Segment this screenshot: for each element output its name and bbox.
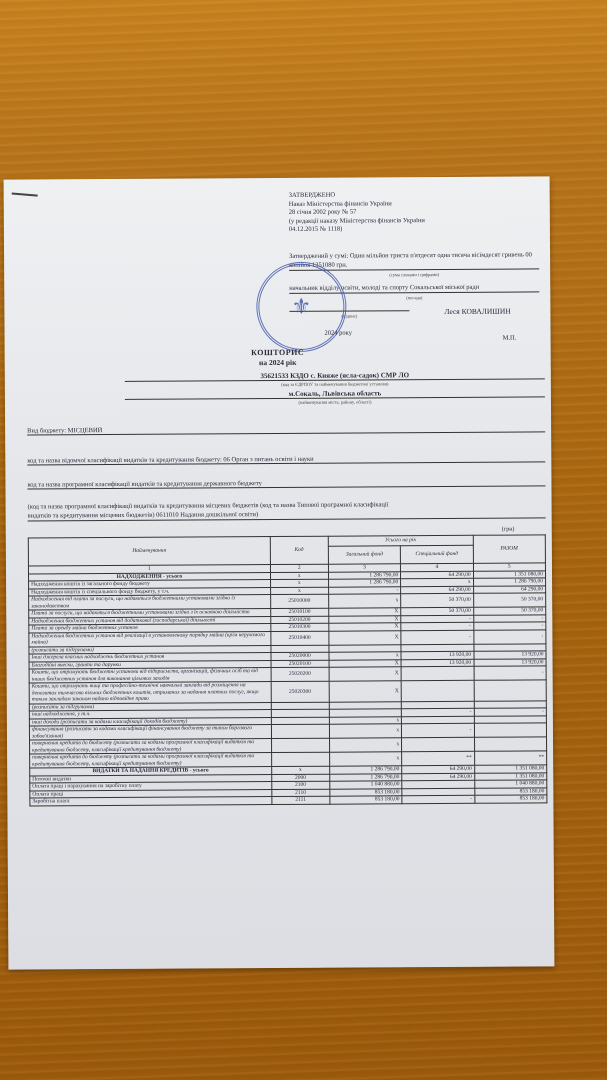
cell-total <box>474 723 547 737</box>
header-name: Найменування <box>28 537 270 566</box>
cell-code <box>271 738 329 752</box>
cell-special <box>401 680 474 701</box>
currency-unit: (грн) <box>502 527 515 533</box>
cell-general: Х <box>329 681 402 702</box>
cell-general: 853 180,00 <box>330 796 402 804</box>
cell-code <box>271 752 329 766</box>
cell-name: Надходження від плати за послуги, що над… <box>29 595 271 610</box>
cell-name: повернення кредитів до бюджету (розписат… <box>30 753 272 768</box>
cell-special <box>402 737 474 751</box>
cell-total: ** <box>474 751 547 765</box>
approved-amount: Затверджений у сумі: Один мільйон триста… <box>289 250 539 271</box>
cell-special: - <box>401 630 473 644</box>
cell-special: 50 370,00 <box>401 593 473 607</box>
cell-total <box>474 680 547 701</box>
cell-name: Надходження бюджетних установ від реаліз… <box>29 631 271 646</box>
budget-table: Найменування Код Усього на рік РАЗОМ Заг… <box>28 534 548 806</box>
cell-total: 50 370,00 <box>473 593 546 607</box>
cell-code: 25010000 <box>270 594 328 608</box>
cell-code: 2111 <box>272 796 330 804</box>
approval-date: 2024 року <box>325 330 352 337</box>
cell-name: Кошти, що отримують вищі та професійно-т… <box>29 682 271 704</box>
cell-general: Х <box>329 667 401 681</box>
cell-name: повернення кредитів до бюджету (розписат… <box>30 739 272 754</box>
cell-general: х <box>329 738 401 752</box>
cell-general: х <box>329 724 401 738</box>
cell-code: 25020300 <box>271 681 329 702</box>
stamp-place: М.П. <box>503 335 517 342</box>
cell-special: - <box>402 795 474 803</box>
header-code: Код <box>270 536 328 564</box>
state-program-classification: код та назва програмної класифікації вид… <box>27 478 545 489</box>
approval-header: ЗАТВЕРДЖЕНО Наказ Міністерства фінансів … <box>289 190 539 234</box>
cell-name: Кошти, що отримують бюджетні установи ві… <box>29 668 271 683</box>
cell-name: Заробітна плата <box>30 797 272 806</box>
cell-special: ** <box>402 751 474 765</box>
cell-total <box>474 737 547 751</box>
cell-general: х <box>329 752 401 766</box>
cell-total: 853 180,00 <box>474 795 546 803</box>
department-classification: код та назва відомчої класифікації видат… <box>27 454 545 465</box>
cell-code: 25020200 <box>271 667 329 681</box>
staple <box>12 192 38 196</box>
signer-name: Леся КОВАЛИШИН <box>444 307 510 316</box>
cell-total: - <box>473 629 546 643</box>
trident-emblem: ⚜ <box>291 294 311 320</box>
cell-special: - <box>402 723 474 737</box>
cell-name: фінансування (розписати за кодами класиф… <box>29 725 271 740</box>
header-total: РАЗОМ <box>473 535 546 563</box>
cell-general: Х <box>329 630 401 644</box>
approval-line: 04.12.2015 № 1118) <box>289 224 539 234</box>
header-special-fund: Спеціальний фонд <box>401 545 473 563</box>
header-general-fund: Загальний фонд <box>328 546 400 564</box>
document-year: на 2024 рік <box>5 356 551 368</box>
budget-estimate-document: ЗАТВЕРДЖЕНО Наказ Міністерства фінансів … <box>4 176 555 969</box>
local-program-classification: (код та назва програмної класифікації ви… <box>28 500 546 521</box>
cell-code: 25010400 <box>271 631 329 645</box>
cell-special <box>401 666 473 680</box>
budget-type: Вид бюджету: МІСЦЕВИЙ <box>27 424 545 435</box>
cell-total: - <box>474 666 547 680</box>
official-stamp-icon: ⚜ <box>256 262 347 353</box>
cell-general: х <box>328 594 400 608</box>
cell-code <box>271 724 329 738</box>
